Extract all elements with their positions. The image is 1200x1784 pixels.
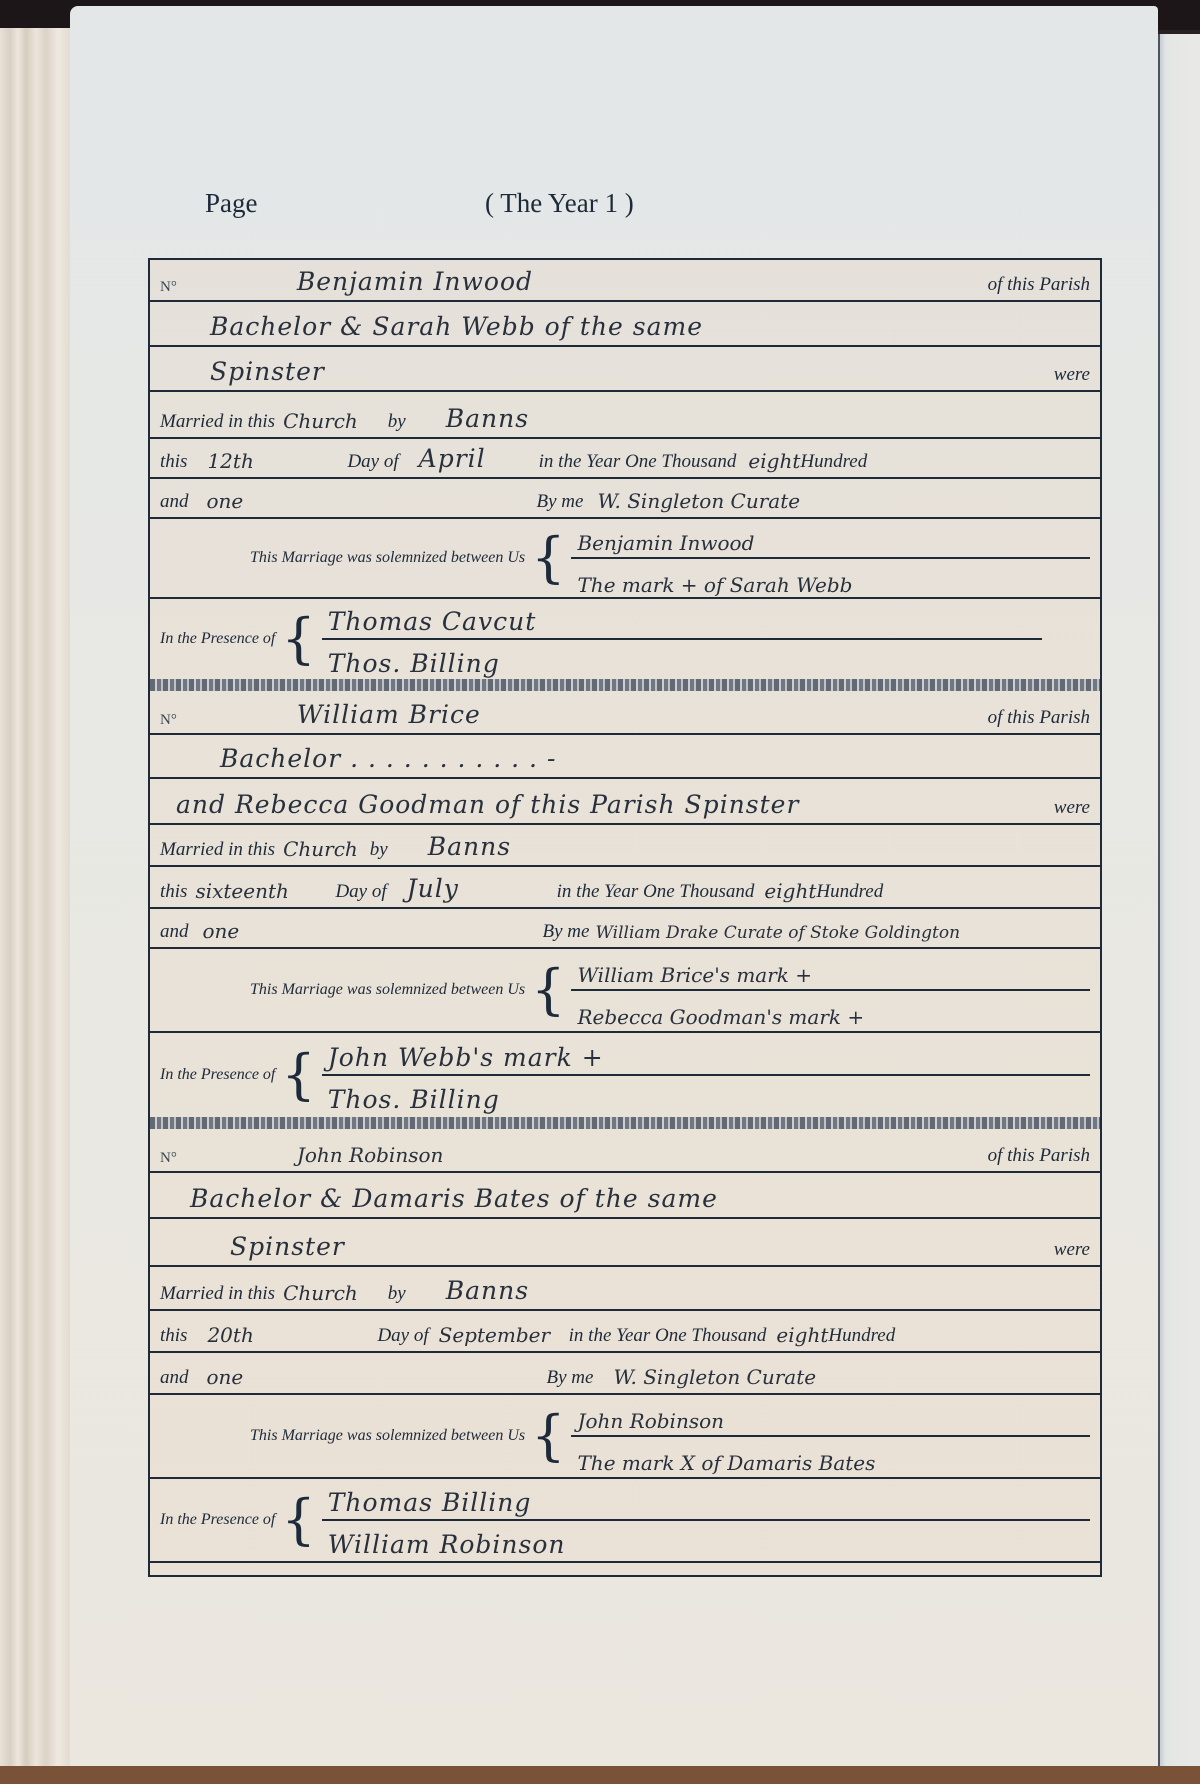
bride-row: Bachelor & Damaris Bates of the same	[150, 1173, 1100, 1219]
this-label: this	[160, 881, 187, 903]
presence-label: In the Presence of	[160, 1066, 275, 1084]
year-text-label: in the Year One Thousand	[539, 451, 737, 473]
status-row: and Rebecca Goodman of this Parish Spins…	[150, 779, 1100, 825]
brace-icon: {	[281, 1053, 315, 1096]
this-label: this	[160, 1325, 187, 1347]
marriage-register-table: N° Benjamin Inwood of this Parish Bachel…	[148, 258, 1102, 1577]
and-label: and	[160, 1367, 189, 1389]
were-label: were	[1054, 797, 1090, 819]
married-row: Married in this Church by Banns	[150, 392, 1100, 439]
married-row: Married in this Church by Banns	[150, 825, 1100, 867]
parish-label: of this Parish	[988, 707, 1090, 729]
bride-status: and Rebecca Goodman of this Parish Spins…	[176, 790, 799, 819]
year-rest: one	[203, 919, 543, 943]
officiant: W. Singleton Curate	[613, 1365, 816, 1389]
groom-name: John Robinson	[297, 1143, 444, 1167]
signature-groom: Benjamin Inwood	[577, 531, 754, 555]
date-row: this 12th Day of April in the Year One T…	[150, 439, 1100, 479]
this-label: this	[160, 451, 187, 473]
method: Banns	[446, 1276, 529, 1305]
parish-label: of this Parish	[988, 274, 1090, 296]
marriage-entry-2: N° William Brice of this Parish Bachelor…	[150, 691, 1100, 1129]
ornamental-divider	[150, 1117, 1100, 1129]
ornamental-divider	[150, 679, 1100, 691]
and-label: and	[160, 921, 189, 943]
by-label: by	[388, 1283, 406, 1305]
year-label: ( The Year 1 )	[485, 188, 634, 219]
bride-row: Bachelor & Sarah Webb of the same	[150, 302, 1100, 347]
witness-2: William Robinson	[328, 1530, 566, 1559]
witness-row: In the Presence of { John Webb's mark + …	[150, 1033, 1100, 1117]
status-row: Spinster were	[150, 1219, 1100, 1267]
groom-row: N° John Robinson of this Parish	[150, 1129, 1100, 1173]
number-label: N°	[160, 712, 177, 729]
brace-icon: {	[531, 536, 565, 579]
presence-label: In the Presence of	[160, 1511, 275, 1529]
day: sixteenth	[195, 879, 335, 903]
book-bottom-edge	[0, 1766, 1200, 1784]
signature-bride: The mark X of Damaris Bates	[577, 1451, 875, 1475]
groom-name: William Brice	[297, 700, 481, 729]
month: April	[419, 444, 539, 473]
century: eight	[748, 449, 800, 473]
year-text-label: in the Year One Thousand	[557, 881, 755, 903]
page-label: Page	[205, 188, 257, 219]
groom-name: Benjamin Inwood	[297, 267, 533, 296]
by-label: by	[370, 839, 388, 861]
married-label: Married in this	[160, 1283, 275, 1305]
were-label: were	[1054, 364, 1090, 386]
witness-2: Thos. Billing	[328, 1085, 500, 1114]
signature-bride: Rebecca Goodman's mark +	[577, 1005, 864, 1029]
signature-groom: John Robinson	[577, 1409, 724, 1433]
solemnized-label: This Marriage was solemnized between Us	[250, 981, 525, 999]
were-label: were	[1054, 1239, 1090, 1261]
day-of-label: Day of	[335, 881, 386, 903]
year-rest: one	[207, 1365, 547, 1389]
day: 20th	[207, 1323, 377, 1347]
groom-row: N° William Brice of this Parish	[150, 691, 1100, 735]
bride-status: Spinster	[230, 1232, 345, 1261]
year-rest: one	[207, 489, 537, 513]
officiant-row: and one By me W. Singleton Curate	[150, 1353, 1100, 1395]
bride-line: Bachelor & Sarah Webb of the same	[210, 312, 703, 341]
hundred-label: Hundred	[816, 881, 883, 903]
solemnized-row: This Marriage was solemnized between Us …	[150, 949, 1100, 1033]
officiant: William Drake Curate of Stoke Goldington	[595, 923, 960, 943]
signature-bride: The mark + of Sarah Webb	[577, 573, 852, 597]
witness-1: John Webb's mark +	[328, 1043, 604, 1072]
method: Banns	[446, 404, 529, 433]
date-row: this sixteenth Day of July in the Year O…	[150, 867, 1100, 909]
solemnized-row: This Marriage was solemnized between Us …	[150, 519, 1100, 599]
method: Banns	[428, 832, 511, 861]
presence-label: In the Presence of	[160, 630, 275, 648]
witness-1: Thomas Cavcut	[328, 607, 537, 636]
hundred-label: Hundred	[800, 451, 867, 473]
witness-1: Thomas Billing	[328, 1488, 532, 1517]
brace-icon: {	[281, 1498, 315, 1541]
year-text-label: in the Year One Thousand	[569, 1325, 767, 1347]
bride-line: Bachelor & Damaris Bates of the same	[190, 1184, 718, 1213]
day-of-label: Day of	[377, 1325, 428, 1347]
officiant: W. Singleton Curate	[597, 489, 800, 513]
bride-status: Spinster	[210, 357, 325, 386]
witness-2: Thos. Billing	[328, 649, 500, 678]
century: eight	[776, 1323, 828, 1347]
groom-row: N° Benjamin Inwood of this Parish	[150, 260, 1100, 302]
century: eight	[764, 879, 816, 903]
place: Church	[283, 837, 358, 861]
married-row: Married in this Church by Banns	[150, 1267, 1100, 1311]
day-of-label: Day of	[347, 451, 398, 473]
hundred-label: Hundred	[828, 1325, 895, 1347]
parish-label: of this Parish	[988, 1145, 1090, 1167]
solemnized-label: This Marriage was solemnized between Us	[250, 1427, 525, 1445]
page-stack-edges	[0, 28, 80, 1768]
solemnized-label: This Marriage was solemnized between Us	[250, 549, 525, 567]
brace-icon: {	[531, 1414, 565, 1457]
marriage-entry-1: N° Benjamin Inwood of this Parish Bachel…	[150, 260, 1100, 691]
and-label: and	[160, 491, 189, 513]
officiant-row: and one By me William Drake Curate of St…	[150, 909, 1100, 949]
bride-line: Bachelor . . . . . . . . . . . -	[220, 744, 556, 773]
officiant-row: and one By me W. Singleton Curate	[150, 479, 1100, 519]
solemnized-row: This Marriage was solemnized between Us …	[150, 1395, 1100, 1479]
by-me-label: By me	[547, 1367, 594, 1389]
day: 12th	[207, 449, 347, 473]
month: September	[439, 1323, 569, 1347]
by-me-label: By me	[543, 921, 590, 943]
married-label: Married in this	[160, 839, 275, 861]
month: July	[407, 874, 557, 903]
married-label: Married in this	[160, 411, 275, 433]
brace-icon: {	[281, 617, 315, 660]
by-label: by	[388, 411, 406, 433]
witness-row: In the Presence of { Thomas Cavcut Thos.…	[150, 599, 1100, 679]
bride-row: Bachelor . . . . . . . . . . . -	[150, 735, 1100, 779]
number-label: N°	[160, 1150, 177, 1167]
signature-groom: William Brice's mark +	[577, 963, 812, 987]
place: Church	[283, 1281, 358, 1305]
facing-page-edge	[1158, 34, 1200, 1774]
by-me-label: By me	[537, 491, 584, 513]
witness-row: In the Presence of { Thomas Billing Will…	[150, 1479, 1100, 1563]
brace-icon: {	[531, 968, 565, 1011]
marriage-entry-3: N° John Robinson of this Parish Bachelor…	[150, 1129, 1100, 1563]
place: Church	[283, 409, 358, 433]
date-row: this 20th Day of September in the Year O…	[150, 1311, 1100, 1353]
number-label: N°	[160, 279, 177, 296]
status-row: Spinster were	[150, 347, 1100, 392]
